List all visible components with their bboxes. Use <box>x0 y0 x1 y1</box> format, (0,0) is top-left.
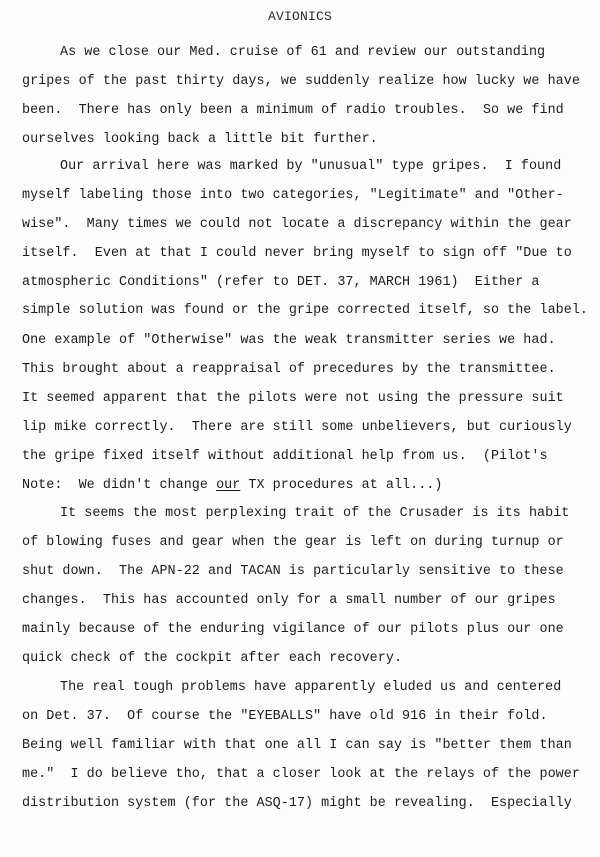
paragraph-3-line-1: It seems the most perplexing trait of th… <box>60 506 569 522</box>
paragraph-1-line-2: gripes of the past thirty days, we sudde… <box>22 74 580 90</box>
paragraph-3-line-6: quick check of the cockpit after each re… <box>22 651 402 667</box>
page-title: AVIONICS <box>0 9 600 24</box>
paragraph-2-line-7: One example of "Otherwise" was the weak … <box>22 333 556 349</box>
paragraph-1-line-1: As we close our Med. cruise of 61 and re… <box>60 45 545 61</box>
paragraph-2-line-8: This brought about a reappraisal of prec… <box>22 362 556 378</box>
paragraph-3-line-5: mainly because of the enduring vigilance… <box>22 622 564 638</box>
paragraph-2-line-1: Our arrival here was marked by "unusual"… <box>60 159 561 175</box>
paragraph-2-line-10: lip mike correctly. There are still some… <box>22 420 572 436</box>
paragraph-3-line-4: changes. This has accounted only for a s… <box>22 593 556 609</box>
paragraph-3-line-2: of blowing fuses and gear when the gear … <box>22 535 564 551</box>
paragraph-4-line-5: distribution system (for the ASQ-17) mig… <box>22 796 572 812</box>
paragraph-2-line-4: itself. Even at that I could never bring… <box>22 246 572 262</box>
paragraph-4-line-2: on Det. 37. Of course the "EYEBALLS" hav… <box>22 709 548 725</box>
paragraph-2-line-3: wise". Many times we could not locate a … <box>22 217 572 233</box>
paragraph-2-line-9: It seemed apparent that the pilots were … <box>22 391 564 407</box>
paragraph-2-note-line: Note: We didn't change our TX procedures… <box>22 478 442 494</box>
note-underlined-word: our <box>216 478 240 493</box>
paragraph-4-line-3: Being well familiar with that one all I … <box>22 738 572 754</box>
paragraph-4-line-1: The real tough problems have apparently … <box>60 680 561 696</box>
paragraph-1-line-4: ourselves looking back a little bit furt… <box>22 132 378 148</box>
document-page: AVIONICS As we close our Med. cruise of … <box>0 0 600 857</box>
paragraph-2-line-11: the gripe fixed itself without additiona… <box>22 449 548 465</box>
paragraph-2-line-5: atmospheric Conditions" (refer to DET. 3… <box>22 275 539 291</box>
paragraph-1-line-3: been. There has only been a minimum of r… <box>22 103 564 119</box>
paragraph-4-line-4: me." I do believe tho, that a closer loo… <box>22 767 580 783</box>
paragraph-2-line-2: myself labeling those into two categorie… <box>22 188 564 204</box>
paragraph-2-line-6: simple solution was found or the gripe c… <box>22 303 588 319</box>
note-prefix: Note: We didn't change <box>22 478 216 493</box>
note-suffix: TX procedures at all...) <box>240 478 442 493</box>
paragraph-3-line-3: shut down. The APN-22 and TACAN is parti… <box>22 564 564 580</box>
